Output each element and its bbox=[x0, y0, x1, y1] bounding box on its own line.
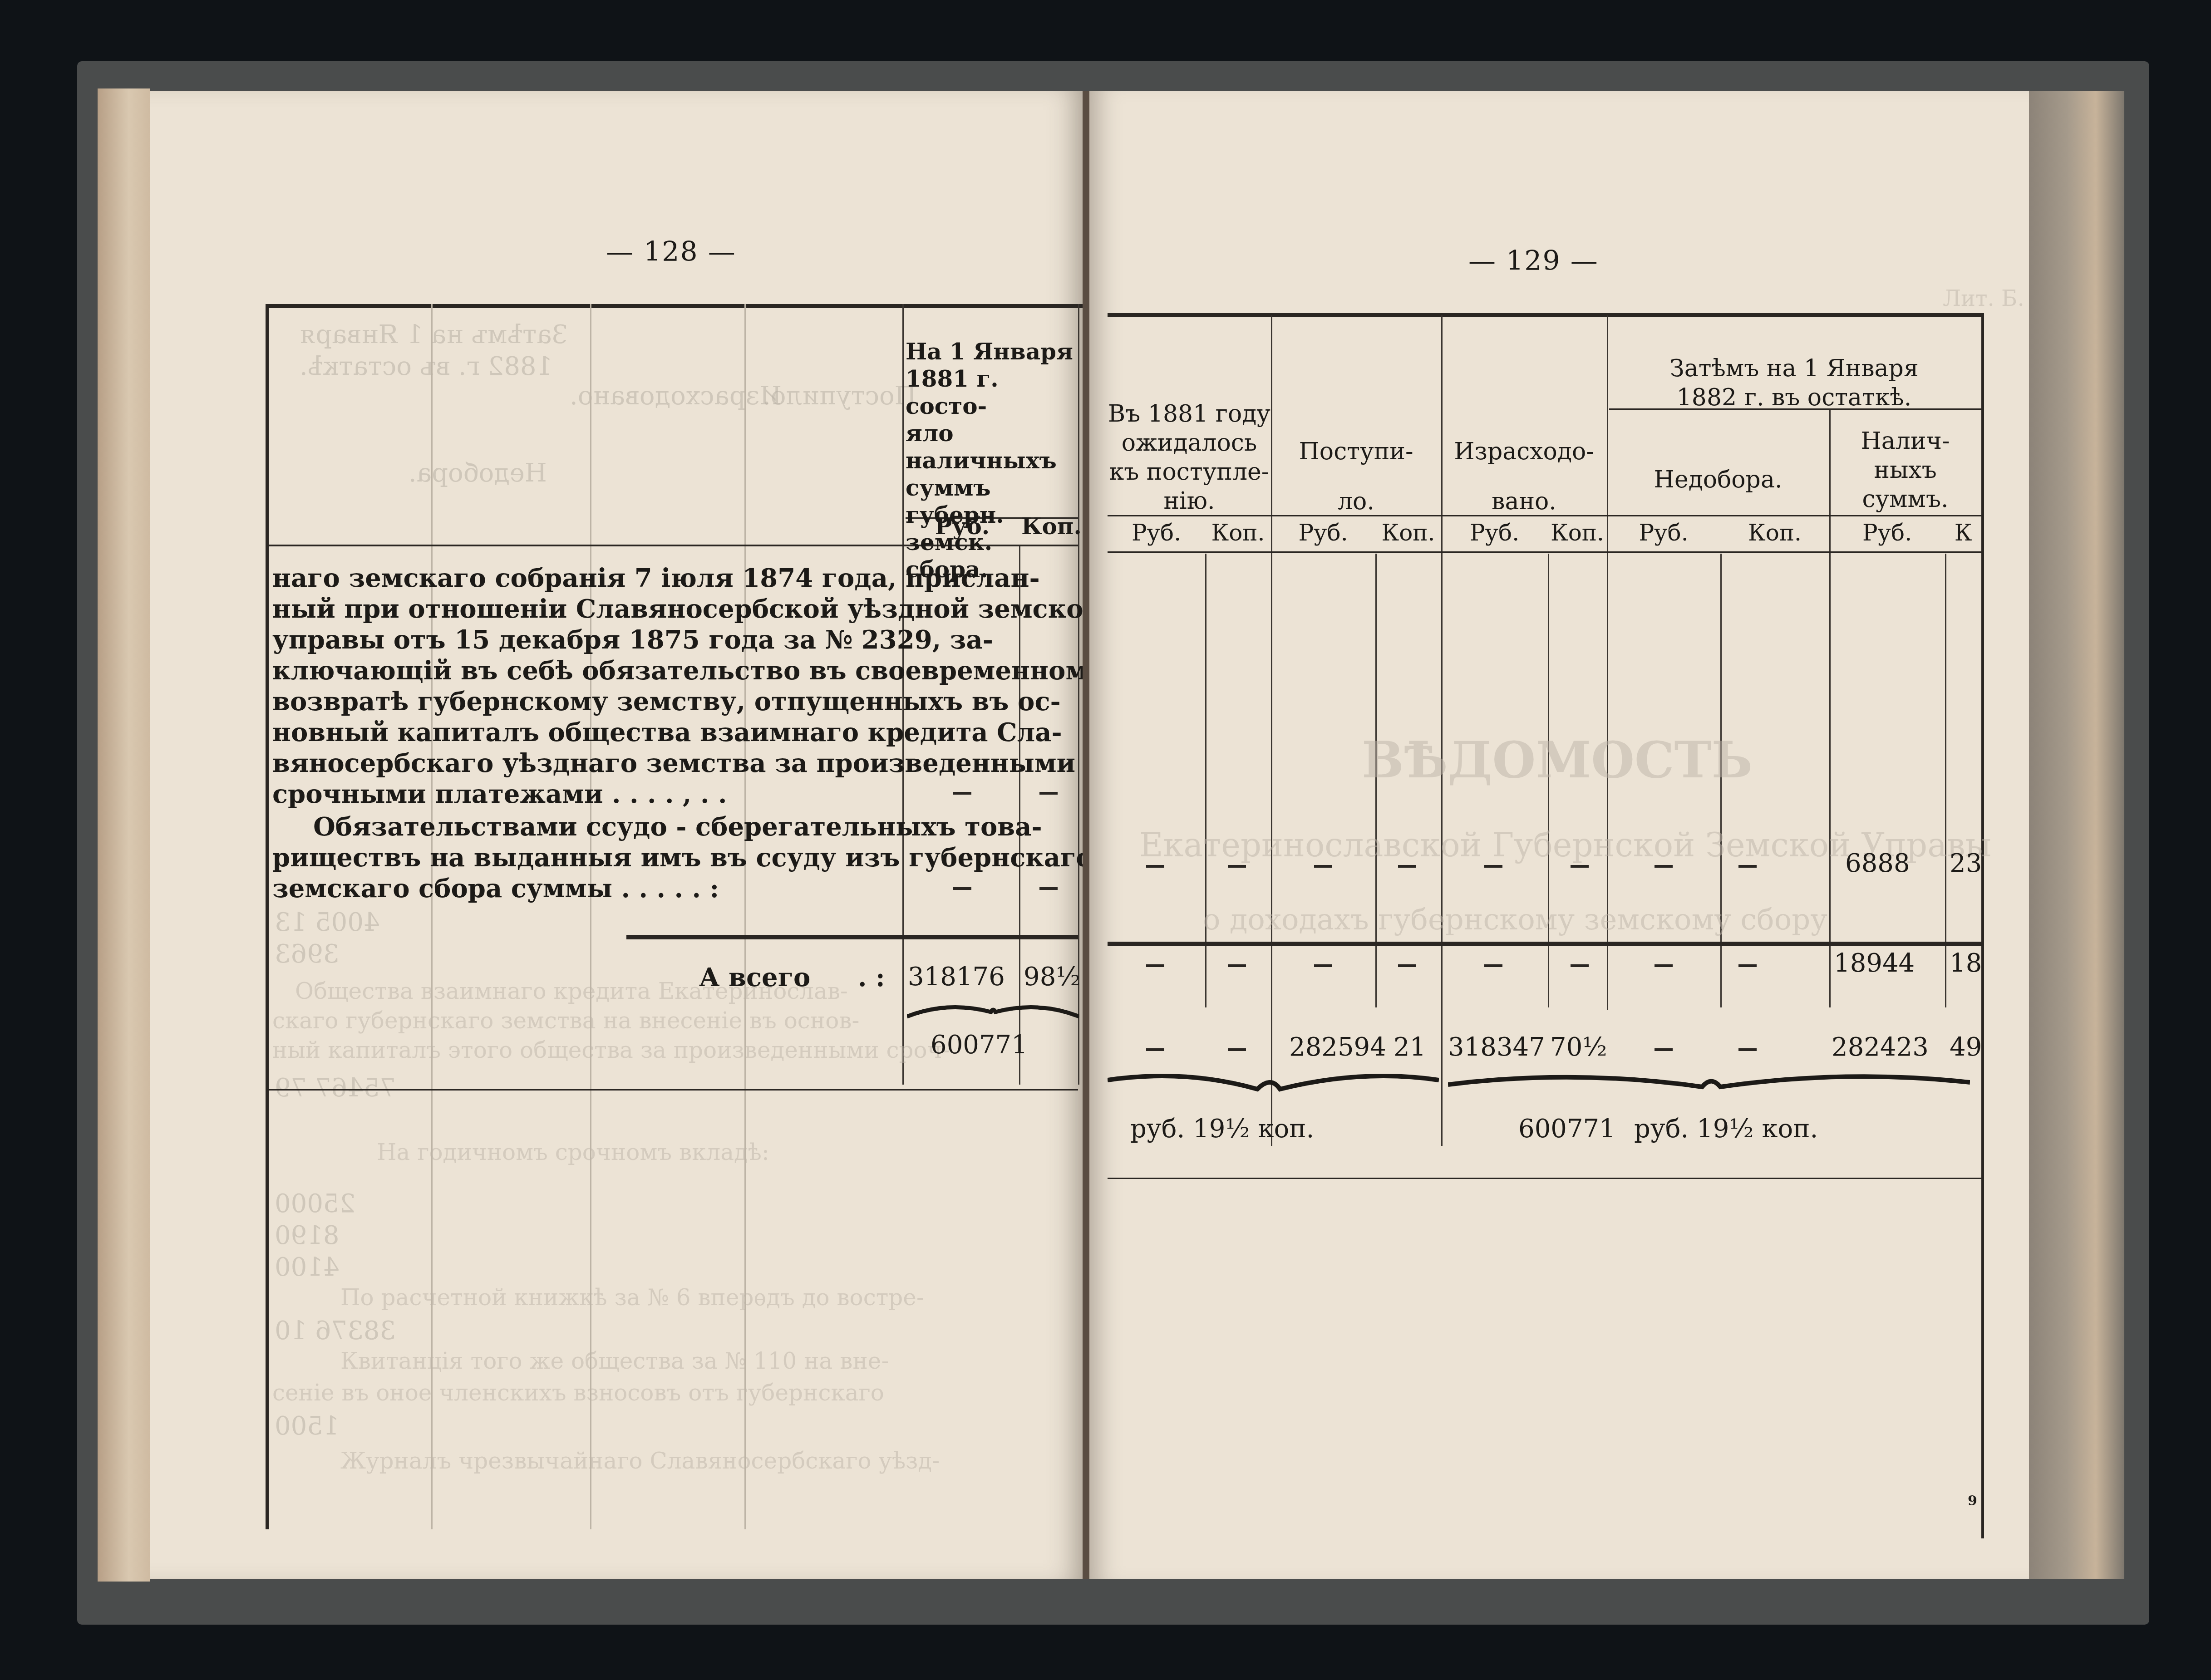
dash bbox=[1398, 964, 1416, 967]
text-line: Обязательствами ссудо - сберегательныхъ … bbox=[313, 811, 1042, 842]
units-top-rule bbox=[1108, 515, 1981, 516]
curly-brace-icon bbox=[1448, 1069, 1970, 1100]
column-header-balance-1881: На 1 Января 1881 г. состо- яло наличныхъ… bbox=[906, 338, 1080, 583]
bleed-through-text: Израсходовано. bbox=[570, 381, 782, 411]
header-line: яло наличныхъ bbox=[906, 420, 1080, 474]
text-line: срочными платежами . . . . , . . bbox=[272, 779, 727, 810]
bleed-through-text: 4100 bbox=[275, 1253, 340, 1282]
dash bbox=[1655, 1048, 1673, 1051]
column-header-spent: Израсходо- вано. bbox=[1441, 427, 1607, 526]
column-header-balance-1882: Затѣмъ на 1 Января 1882 г. въ остаткѣ. bbox=[1607, 354, 1981, 412]
header-line: къ поступле- bbox=[1108, 457, 1271, 486]
bleed-through-text: 1882 г. въ остаткѣ. bbox=[300, 352, 552, 381]
total-rule bbox=[1108, 942, 1981, 946]
column-header-arrears: Недобора. bbox=[1607, 465, 1829, 494]
bleed-column-line bbox=[431, 304, 433, 1529]
bleed-through-text: На годичномъ срочномъ вкладѣ: bbox=[377, 1139, 769, 1165]
bleed-through-text: Поступило. bbox=[763, 381, 917, 411]
table-bottom-rule bbox=[1108, 1178, 1984, 1179]
text-line: ключающій въ себѣ обязательство въ своев… bbox=[272, 655, 1107, 686]
bleed-through-text: ный капиталъ этого общества за произведе… bbox=[272, 1037, 950, 1063]
text-line: наго земскаго собранія 7 іюля 1874 года,… bbox=[272, 563, 1040, 594]
cash-rub: 6888 bbox=[1845, 849, 1910, 878]
received-kop: 21 bbox=[1394, 1032, 1426, 1062]
curly-brace-icon bbox=[1108, 1069, 1439, 1100]
spent-rub: 318347 bbox=[1448, 1032, 1545, 1062]
footer-grand-total: 600771 bbox=[1518, 1114, 1615, 1144]
bleed-through-text: Журналъ чрезвычайнаго Славяносербскаго у… bbox=[340, 1448, 940, 1474]
footer-kopecks-right: руб. 19½ коп. bbox=[1634, 1114, 1818, 1144]
cash-kop: 23 bbox=[1950, 849, 1982, 878]
bleed-through-text: Квитанція того же общества за № 110 на в… bbox=[340, 1348, 889, 1374]
bleed-through-text: Лит. Б. bbox=[1943, 286, 2024, 311]
unit-rub: Руб. bbox=[1607, 520, 1720, 546]
table-bottom-rule bbox=[269, 1089, 1078, 1091]
sub-divider bbox=[1205, 554, 1206, 1007]
dash bbox=[1571, 865, 1589, 868]
cash-kop: 18 bbox=[1950, 948, 1982, 978]
dash bbox=[1738, 1048, 1757, 1051]
dash bbox=[1655, 865, 1673, 868]
header-line: Въ 1881 году bbox=[1108, 399, 1271, 428]
bleed-through-text: 75467 79 bbox=[275, 1073, 396, 1103]
unit-kop: Коп. bbox=[1021, 513, 1080, 540]
total-dots: . : bbox=[858, 962, 885, 993]
right-page: — 129 — Лит. Б. Въ 1881 году ожидалось к… bbox=[1089, 91, 2029, 1579]
total-rule bbox=[626, 935, 1078, 939]
page-number: — 128 — bbox=[606, 236, 736, 268]
header-line: ныхъ bbox=[1829, 456, 1981, 485]
footer-kopecks-left: руб. 19½ коп. bbox=[1130, 1114, 1314, 1144]
header-line: Затѣмъ на 1 Января bbox=[1607, 354, 1981, 383]
grand-total: 600771 bbox=[931, 1030, 1028, 1060]
table-top-rule bbox=[266, 304, 1083, 308]
header-line: Налич- bbox=[1829, 427, 1981, 456]
sub-divider bbox=[1945, 554, 1946, 1007]
dash-rub bbox=[953, 792, 971, 795]
page-number: — 129 — bbox=[1468, 245, 1599, 277]
dash bbox=[1738, 964, 1757, 967]
unit-kop: Коп. bbox=[1375, 520, 1441, 546]
dash bbox=[1738, 865, 1757, 868]
header-line: ло. bbox=[1271, 476, 1441, 526]
header-line: ожидалось bbox=[1108, 428, 1271, 457]
left-page-edges bbox=[98, 88, 150, 1582]
dash-rub bbox=[953, 887, 971, 890]
right-page-edges bbox=[2029, 91, 2124, 1579]
bleed-through-text: 8190 bbox=[275, 1221, 340, 1250]
dash bbox=[1314, 964, 1332, 967]
unit-rub: Руб. bbox=[1108, 520, 1205, 546]
bleed-through-text: 25000 bbox=[275, 1189, 355, 1218]
unit-rub: Руб. bbox=[1271, 520, 1375, 546]
dash bbox=[1146, 865, 1164, 868]
dash-kop bbox=[1039, 887, 1058, 890]
bleed-through-text: скаго губернскаго земства на внесеніе въ… bbox=[272, 1007, 859, 1034]
cash-rub: 282423 bbox=[1832, 1032, 1929, 1062]
cash-kop: 49 bbox=[1950, 1032, 1982, 1062]
dash bbox=[1314, 865, 1332, 868]
unit-rub: Руб. bbox=[1441, 520, 1548, 546]
unit-kop: К bbox=[1945, 520, 1981, 546]
total-kop: 98½ bbox=[1024, 962, 1081, 992]
header-group-rule bbox=[1609, 408, 1981, 410]
header-line: 1881 г. состо- bbox=[906, 365, 1080, 420]
bleed-through-text: По расчетной книжкѣ за № 6 вперѳдъ до во… bbox=[340, 1284, 924, 1311]
unit-kop: Коп. bbox=[1548, 520, 1607, 546]
header-line: На 1 Января bbox=[906, 338, 1080, 365]
bleed-through-text: ВѢДОМОСТЬ bbox=[1362, 731, 1753, 789]
bleed-through-text: 38376 10 bbox=[275, 1316, 396, 1346]
table-top-rule bbox=[1108, 313, 1984, 317]
text-line: новный капиталъ общества взаимнаго креди… bbox=[272, 717, 1062, 748]
text-line: ный при отношеніи Славяносербской уѣздно… bbox=[272, 594, 1102, 624]
text-line: риществъ на выданныя имъ въ ссуду изъ гу… bbox=[272, 842, 1093, 873]
dash bbox=[1228, 1048, 1246, 1051]
header-line: Поступи- bbox=[1271, 427, 1441, 476]
bleed-through-text: сеніе въ оное членскихъ взносовъ отъ губ… bbox=[272, 1380, 884, 1406]
dash bbox=[1228, 964, 1246, 967]
left-page: — 128 — Затѣмъ на 1 Января 1882 г. въ ос… bbox=[150, 91, 1089, 1579]
total-label: А всего bbox=[699, 962, 810, 993]
unit-rub: Руб. bbox=[1829, 520, 1945, 546]
text-line: вяносербскаго уѣзднаго земства за произв… bbox=[272, 748, 1075, 779]
curly-brace-icon bbox=[907, 998, 1079, 1026]
total-rub: 318176 bbox=[908, 962, 1005, 992]
header-line: Израсходо- bbox=[1441, 427, 1607, 476]
header-line: 1882 г. въ остаткѣ. bbox=[1607, 383, 1981, 412]
bleed-column-line bbox=[744, 304, 746, 1529]
header-line: нію. bbox=[1108, 486, 1271, 516]
column-header-expected-1881: Въ 1881 году ожидалось къ поступле- нію. bbox=[1108, 399, 1271, 516]
bleed-through-text: 3963 bbox=[275, 939, 340, 969]
dash bbox=[1655, 964, 1673, 967]
bleed-through-text: 4005 13 bbox=[275, 908, 380, 937]
received-rub: 282594 bbox=[1289, 1032, 1386, 1062]
header-bottom-rule bbox=[1108, 551, 1981, 553]
bleed-column-line bbox=[590, 304, 591, 1529]
bleed-through-text: Недобора. bbox=[409, 458, 547, 488]
bleed-through-text: Затѣмъ на 1 Января bbox=[300, 320, 568, 349]
dash bbox=[1398, 865, 1416, 868]
header-line: вано. bbox=[1441, 476, 1607, 526]
dash bbox=[1146, 1048, 1164, 1051]
bleed-through-text: о доходахъ губернскому земскому сбору bbox=[1203, 903, 1827, 937]
text-line: земскаго сбора суммы . . . . . : bbox=[272, 873, 719, 904]
table-right-border bbox=[1981, 313, 1984, 1538]
dash bbox=[1228, 865, 1246, 868]
column-header-cash: Налич- ныхъ суммъ. bbox=[1829, 427, 1981, 514]
dash bbox=[1146, 964, 1164, 967]
dash bbox=[1484, 964, 1502, 967]
dash-kop bbox=[1039, 792, 1058, 795]
dash bbox=[1484, 865, 1502, 868]
header-line: суммъ. bbox=[1829, 485, 1981, 514]
text-line: управы отъ 15 декабря 1875 года за № 232… bbox=[272, 624, 993, 655]
signature-mark: 9 bbox=[1968, 1493, 1977, 1509]
dash bbox=[1571, 964, 1589, 967]
text-line: возвратѣ губернскому земству, отпущенных… bbox=[272, 686, 1061, 717]
header-line: Недобора. bbox=[1607, 465, 1829, 494]
cash-rub: 18944 bbox=[1834, 948, 1915, 978]
bleed-through-text: 1500 bbox=[275, 1411, 340, 1441]
unit-kop: Коп. bbox=[1720, 520, 1829, 546]
unit-rub: Руб. bbox=[917, 513, 1008, 540]
spent-kop: 70½ bbox=[1550, 1032, 1607, 1062]
table-left-border bbox=[266, 304, 269, 1529]
unit-kop: Коп. bbox=[1205, 520, 1271, 546]
column-header-received: Поступи- ло. bbox=[1271, 427, 1441, 526]
